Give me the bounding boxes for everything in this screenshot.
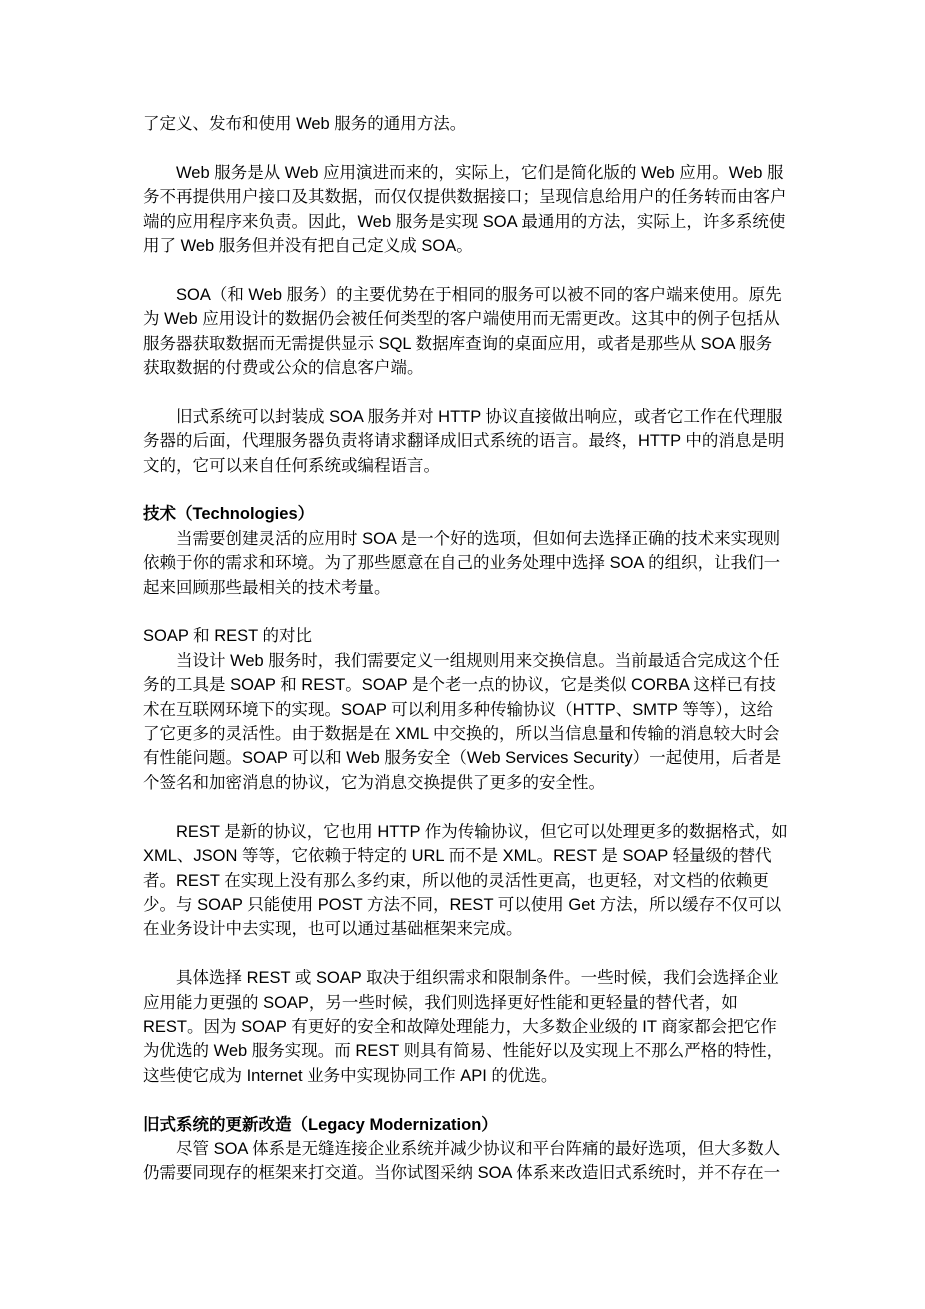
paragraph-soap-description: 当设计 Web 服务时，我们需要定义一组规则用来交换信息。当前最适合完成这个任务… <box>143 649 788 795</box>
paragraph-rest-or-soap-selection: 具体选择 REST 或 SOAP 取决于组织需求和限制条件。一些时候，我们会选择… <box>143 966 788 1088</box>
paragraph-legacy-modernization-intro: 尽管 SOA 体系是无缝连接企业系统并减少协议和平台阵痛的最好选项，但大多数人仍… <box>143 1137 788 1186</box>
document-page: 了定义、发布和使用 Web 服务的通用方法。 Web 服务是从 Web 应用演进… <box>0 0 925 1309</box>
subheading-soap-vs-rest: SOAP 和 REST 的对比 <box>143 624 788 648</box>
paragraph-soa-advantage: SOA（和 Web 服务）的主要优势在于相同的服务可以被不同的客户端来使用。原先… <box>143 283 788 381</box>
paragraph-intro-continuation: 了定义、发布和使用 Web 服务的通用方法。 <box>143 112 788 136</box>
paragraph-rest-description: REST 是新的协议，它也用 HTTP 作为传输协议，但它可以处理更多的数据格式… <box>143 820 788 942</box>
paragraph-web-services-evolution: Web 服务是从 Web 应用演进而来的，实际上，它们是简化版的 Web 应用。… <box>143 161 788 259</box>
heading-legacy-modernization: 旧式系统的更新改造（Legacy Modernization） <box>143 1113 788 1137</box>
paragraph-legacy-wrapping: 旧式系统可以封装成 SOA 服务并对 HTTP 协议直接做出响应，或者它工作在代… <box>143 405 788 478</box>
paragraph-technology-choice: 当需要创建灵活的应用时 SOA 是一个好的选项，但如何去选择正确的技术来实现则依… <box>143 527 788 600</box>
heading-technologies: 技术（Technologies） <box>143 502 788 526</box>
